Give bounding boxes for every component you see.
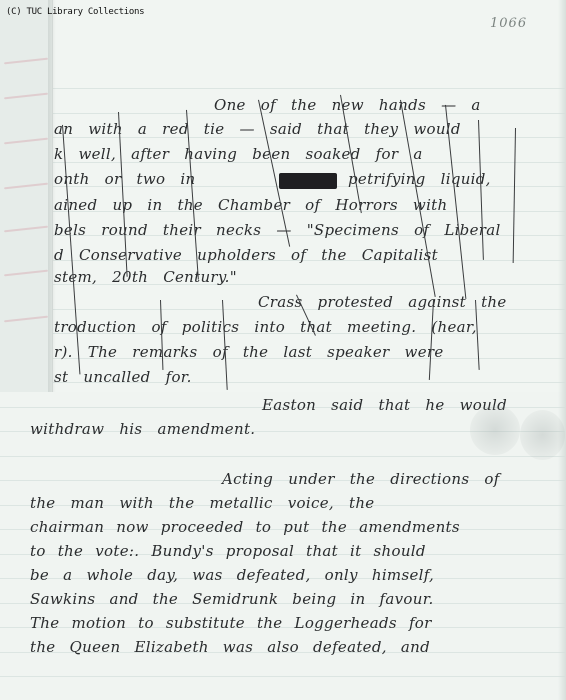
manuscript-line: withdraw his amendment. [30,420,255,438]
ink-bleed-mark [4,226,48,233]
manuscript-line: Crass protested against the [258,293,507,311]
ruled-line [0,456,566,457]
manuscript-line: onth or two in [54,170,195,188]
fingerprint-smudge [520,410,565,460]
manuscript-line: the Queen Elizabeth was also defeated, a… [30,638,430,656]
ink-bleed-mark [4,270,48,277]
page-edge-shadow [558,0,566,700]
folio-number: 1066 [490,16,527,31]
manuscript-line: ained up in the Chamber of Horrors with [54,196,447,214]
manuscript-line: One of the new hands — a [214,96,481,114]
manuscript-scan: (C) TUC Library Collections 1066 One of … [0,0,566,700]
manuscript-line: stem, 20th Century." [54,268,237,286]
manuscript-line: st uncalled for. [54,368,192,386]
manuscript-line: Sawkins and the Semidrunk being in favou… [30,590,434,608]
manuscript-line: an with a red tie — said that they would [54,120,461,138]
manuscript-line: Acting under the directions of [222,470,500,488]
manuscript-line: chairman now proceeded to put the amendm… [30,518,460,536]
manuscript-line: Easton said that he would [262,396,507,414]
manuscript-line: d Conservative upholders of the Capitali… [54,246,438,264]
ink-bleed-mark [4,183,48,190]
ink-bleed-mark [4,93,48,100]
manuscript-line: r). The remarks of the last speaker were [54,343,444,361]
manuscript-line: be a whole day, was defeated, only himse… [30,566,434,584]
manuscript-line: The motion to substitute the Loggerheads… [30,614,432,632]
ink-bleed-mark [4,138,48,145]
fingerprint-smudge [470,405,520,455]
manuscript-line: bels round their necks — "Specimens of L… [54,221,501,239]
ink-bleed-mark [4,316,48,323]
manuscript-line: petrifying liquid, [348,170,491,188]
ink-bleed-mark [4,58,48,65]
copyright-watermark: (C) TUC Library Collections [6,7,144,17]
folded-back-page [0,0,53,392]
manuscript-line: k well, after having been soaked for a [54,145,423,163]
manuscript-line: the man with the metallic voice, the [30,494,374,512]
manuscript-line: troduction of politics into that meeting… [54,318,477,336]
redaction-blot [279,173,337,189]
ruled-line [0,88,566,89]
ruled-line [0,676,566,677]
manuscript-line: to the vote:. Bundy's proposal that it s… [30,542,426,560]
